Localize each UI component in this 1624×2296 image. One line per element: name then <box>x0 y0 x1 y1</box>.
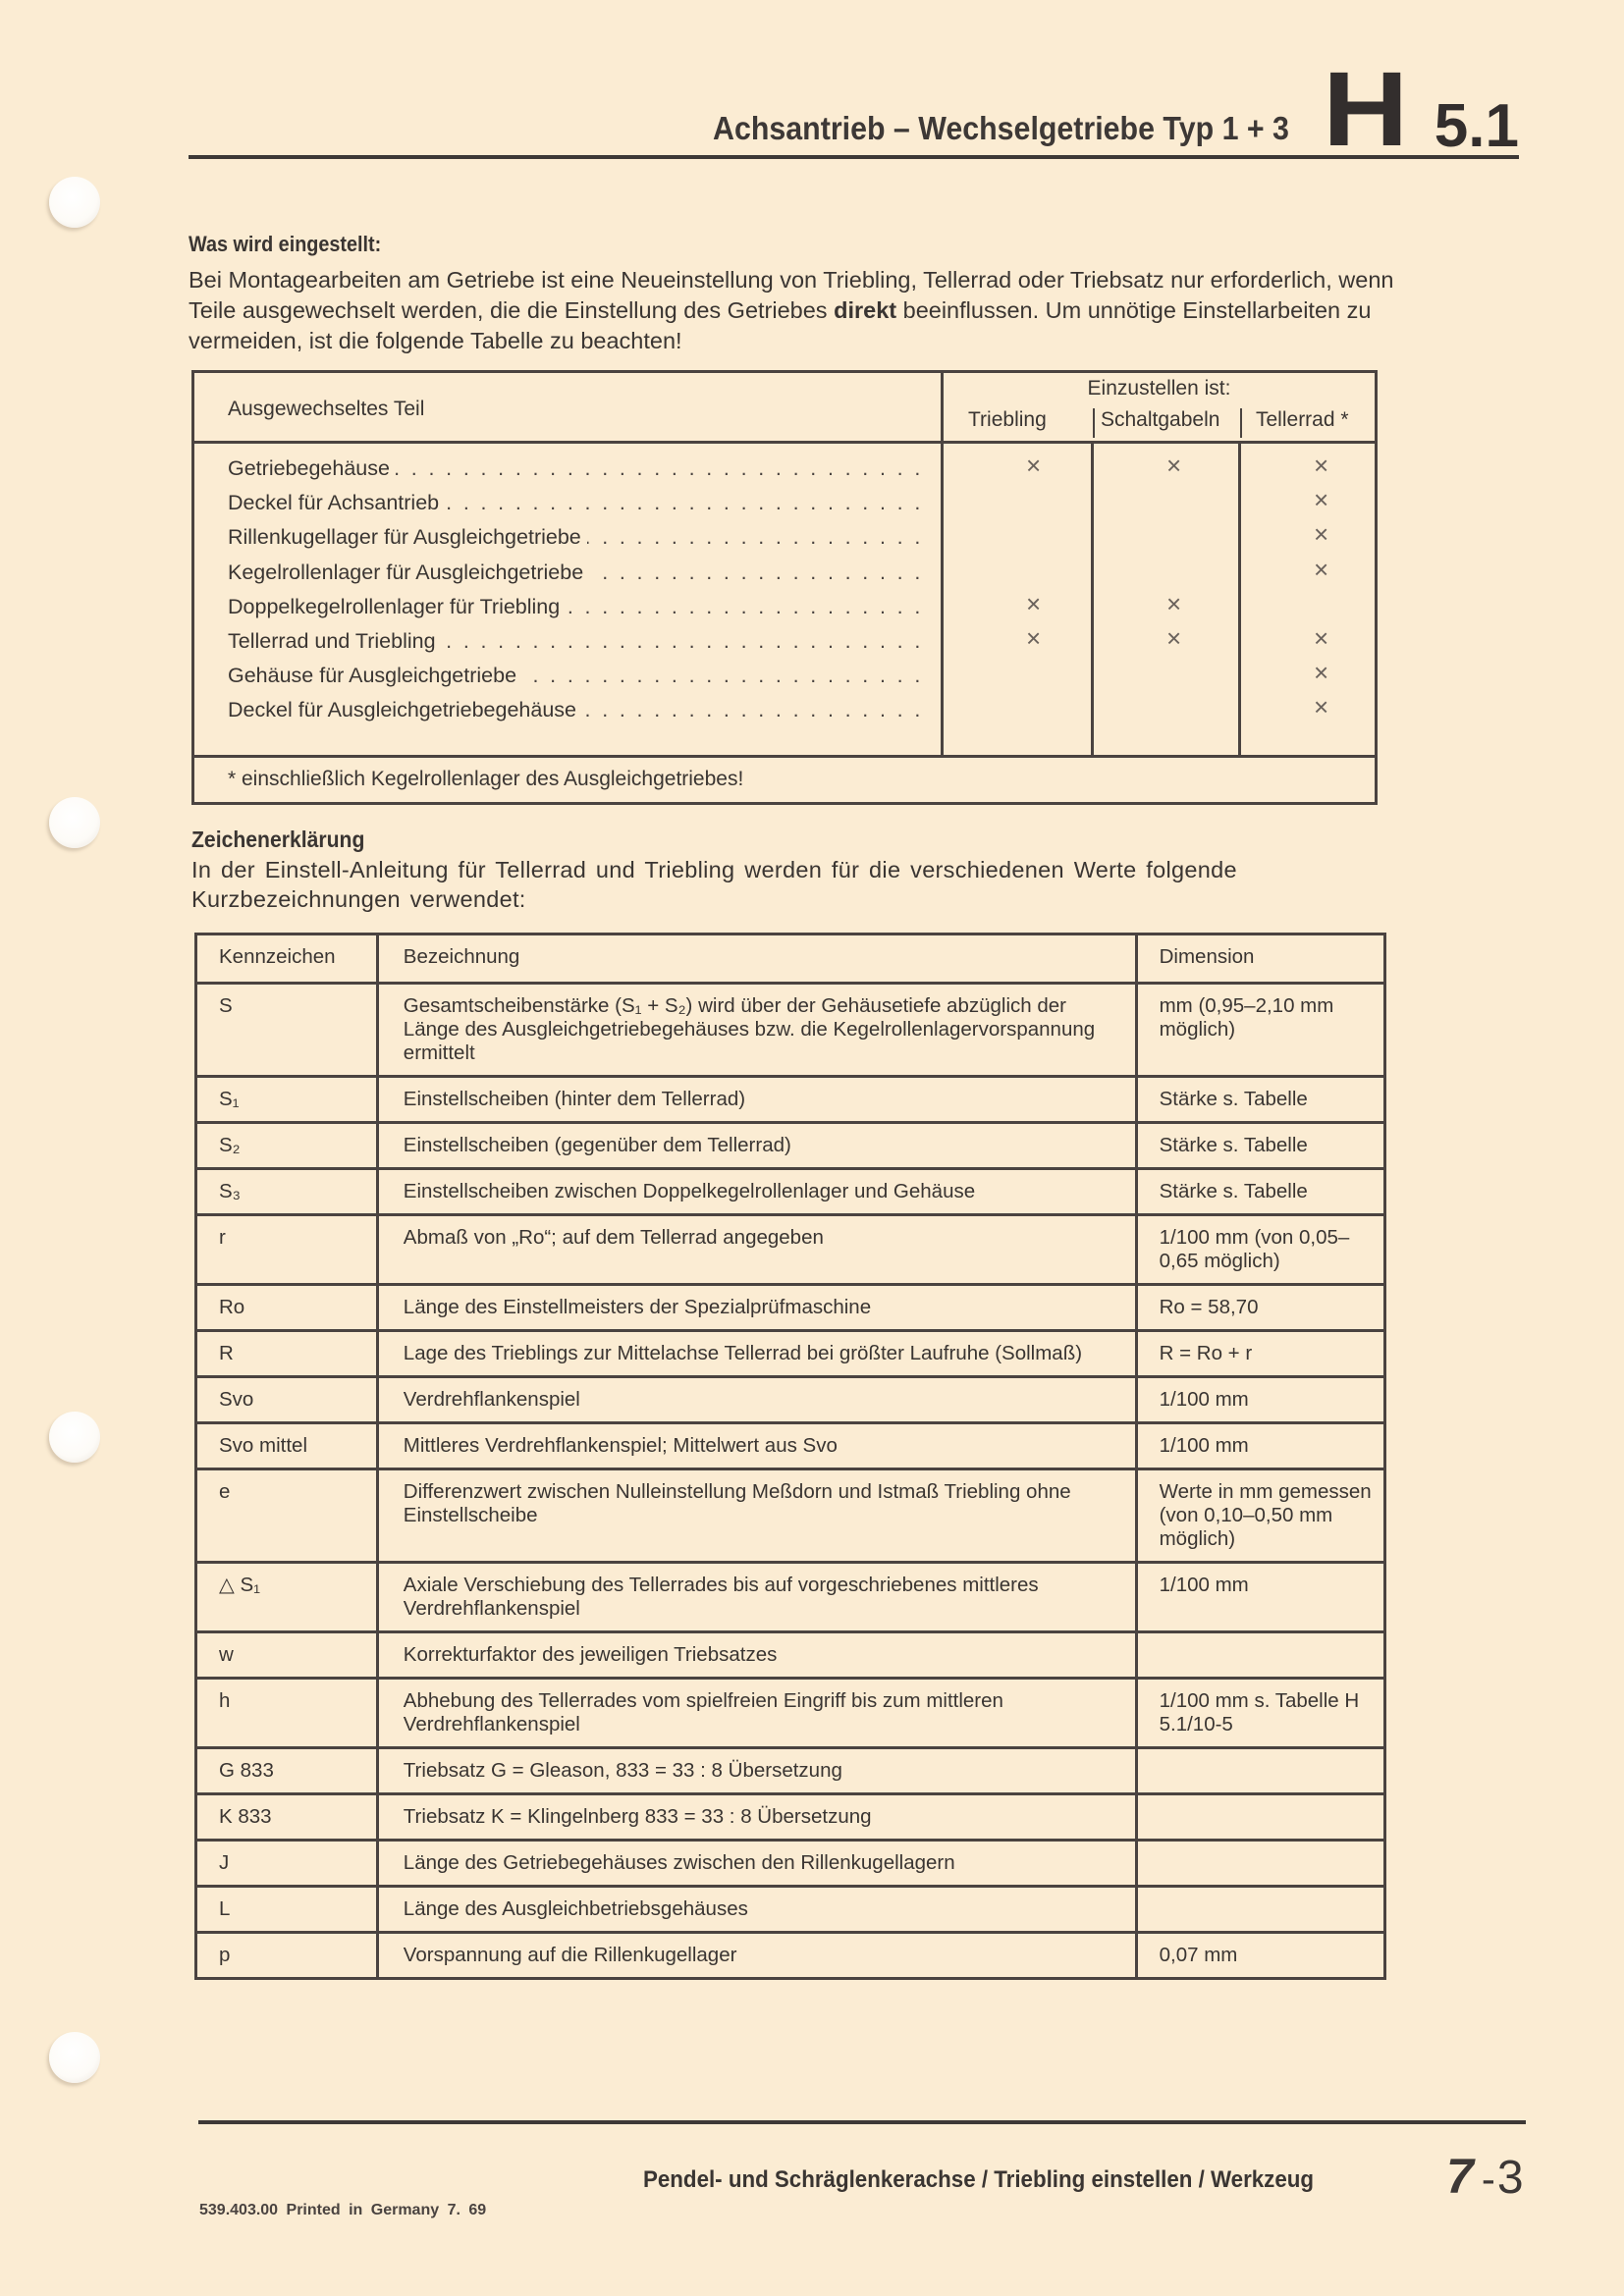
description-cell: Länge des Einstellmeisters der Spezialpr… <box>377 1285 1136 1331</box>
description-cell: Verdrehflankenspiel <box>377 1377 1136 1423</box>
description-cell: Axiale Verschiebung des Tellerrades bis … <box>377 1563 1136 1632</box>
legend-section: Zeichenerklärung In der Einstell-Anleitu… <box>191 827 1389 914</box>
symbol-cell: e <box>196 1469 378 1563</box>
dimension-cell: R = Ro + r <box>1136 1331 1384 1377</box>
description-cell: Einstellscheiben zwischen Doppelkegelrol… <box>377 1169 1136 1215</box>
header-bezeichnung: Bezeichnung <box>377 934 1136 984</box>
dimension-cell <box>1136 1887 1384 1933</box>
adjust-column-header: Einzustellen ist: Triebling Schaltgabeln… <box>944 373 1375 444</box>
table-row: ........................................… <box>228 491 1377 525</box>
part-name: Gehäuse für Ausgleichgetriebe <box>228 664 522 688</box>
dimension-cell: 1/100 mm s. Tabelle H 5.1/10-5 <box>1136 1679 1384 1748</box>
table-row: S₃Einstellscheiben zwischen Doppelkegelr… <box>196 1169 1385 1215</box>
part-name: Rillenkugellager für Ausgleichgetriebe <box>228 525 587 550</box>
description-cell: Triebsatz G = Gleason, 833 = 33 : 8 Über… <box>377 1748 1136 1794</box>
symbol-cell: S₁ <box>196 1077 378 1123</box>
check-mark-tellerrad: × <box>1314 555 1328 585</box>
symbol-cell: Svo mittel <box>196 1423 378 1469</box>
table-row: rAbmaß von „Ro“; auf dem Tellerrad angeg… <box>196 1215 1385 1285</box>
part-name: Deckel für Achsantrieb <box>228 491 445 515</box>
dimension-cell: Stärke s. Tabelle <box>1136 1123 1384 1169</box>
check-mark-tellerrad: × <box>1314 692 1328 722</box>
table-row: ........................................… <box>228 629 1377 664</box>
punch-hole <box>49 177 100 228</box>
table-row: RoLänge des Einstellmeisters der Spezial… <box>196 1285 1385 1331</box>
intro-paragraph: Bei Montagearbeiten am Getriebe ist eine… <box>189 265 1416 356</box>
section-number: 5.1 <box>1435 101 1519 153</box>
column-divider <box>1093 408 1095 438</box>
symbol-cell: S₂ <box>196 1123 378 1169</box>
symbol-cell: △ S₁ <box>196 1563 378 1632</box>
column-triebling: Triebling <box>968 408 1047 432</box>
column-divider <box>1240 408 1242 438</box>
footer-divider <box>198 2120 1526 2124</box>
page-index: 3 <box>1497 2151 1524 2205</box>
dimension-cell: Ro = 58,70 <box>1136 1285 1384 1331</box>
check-mark-tellerrad: × <box>1314 485 1328 515</box>
column-schaltgabeln: Schaltgabeln <box>1101 408 1219 432</box>
table-footnote: * einschließlich Kegelrollenlager des Au… <box>228 768 743 791</box>
description-cell: Länge des Ausgleichbetriebsgehäuses <box>377 1887 1136 1933</box>
table-row: SGesamtscheibenstärke (S₁ + S₂) wird übe… <box>196 984 1385 1077</box>
dimension-cell: 1/100 mm <box>1136 1423 1384 1469</box>
dimension-cell: Stärke s. Tabelle <box>1136 1169 1384 1215</box>
description-cell: Gesamtscheibenstärke (S₁ + S₂) wird über… <box>377 984 1136 1077</box>
table-row: S₁Einstellscheiben (hinter dem Tellerrad… <box>196 1077 1385 1123</box>
table-row: ........................................… <box>228 525 1377 560</box>
description-cell: Länge des Getriebegehäuses zwischen den … <box>377 1841 1136 1887</box>
symbol-cell: J <box>196 1841 378 1887</box>
dimension-cell <box>1136 1794 1384 1841</box>
dimension-cell: Stärke s. Tabelle <box>1136 1077 1384 1123</box>
adjustment-table: Ausgewechseltes Teil Einzustellen ist: T… <box>191 370 1378 805</box>
symbol-cell: h <box>196 1679 378 1748</box>
table-row: ........................................… <box>228 595 1377 629</box>
dimension-cell: 1/100 mm <box>1136 1377 1384 1423</box>
part-name: Doppelkegelrollenlager für Triebling <box>228 595 566 619</box>
check-mark-tellerrad: × <box>1314 623 1328 654</box>
dimension-cell <box>1136 1748 1384 1794</box>
check-mark-tellerrad: × <box>1314 519 1328 550</box>
table-row: Svo mittelMittleres Verdrehflankenspiel;… <box>196 1423 1385 1469</box>
description-cell: Differenzwert zwischen Nulleinstellung M… <box>377 1469 1136 1563</box>
table-row: wKorrekturfaktor des jeweiligen Triebsat… <box>196 1632 1385 1679</box>
check-mark-triebling: × <box>1026 589 1041 619</box>
part-name: Kegelrollenlager für Ausgleichgetriebe <box>228 561 589 585</box>
description-cell: Korrekturfaktor des jeweiligen Triebsatz… <box>377 1632 1136 1679</box>
table-row: ........................................… <box>228 561 1377 595</box>
page-number: 7 - 3 <box>1446 2148 1524 2205</box>
dimension-cell: 0,07 mm <box>1136 1933 1384 1979</box>
table-row: SvoVerdrehflankenspiel1/100 mm <box>196 1377 1385 1423</box>
page-title: Achsantrieb – Wechselgetriebe Typ 1 + 3 <box>713 110 1289 147</box>
description-cell: Abmaß von „Ro“; auf dem Tellerrad angege… <box>377 1215 1136 1285</box>
symbol-table: Kennzeichen Bezeichnung Dimension SGesam… <box>194 933 1386 1980</box>
legend-heading: Zeichenerklärung <box>191 827 1293 853</box>
description-cell: Einstellscheiben (gegenüber dem Tellerra… <box>377 1123 1136 1169</box>
part-header-label: Ausgewechseltes Teil <box>228 398 424 421</box>
table-row: hAbhebung des Tellerrades vom spielfreie… <box>196 1679 1385 1748</box>
description-cell: Einstellscheiben (hinter dem Tellerrad) <box>377 1077 1136 1123</box>
symbol-cell: G 833 <box>196 1748 378 1794</box>
dimension-cell: Werte in mm gemessen (von 0,10–0,50 mm m… <box>1136 1469 1384 1563</box>
symbol-cell: r <box>196 1215 378 1285</box>
table-row: JLänge des Getriebegehäuses zwischen den… <box>196 1841 1385 1887</box>
symbol-cell: L <box>196 1887 378 1933</box>
symbol-cell: R <box>196 1331 378 1377</box>
dimension-cell <box>1136 1632 1384 1679</box>
adjust-header-label: Einzustellen ist: <box>944 377 1375 400</box>
print-imprint: 539.403.00 Printed in Germany 7. 69 <box>199 2202 486 2219</box>
symbol-table-header: Kennzeichen Bezeichnung Dimension <box>196 934 1385 984</box>
intro-section: Was wird eingestellt: Bei Montagearbeite… <box>189 232 1416 356</box>
intro-heading: Was wird eingestellt: <box>189 232 1293 257</box>
table-row: LLänge des Ausgleichbetriebsgehäuses <box>196 1887 1385 1933</box>
description-cell: Triebsatz K = Klingelnberg 833 = 33 : 8 … <box>377 1794 1136 1841</box>
footnote-divider <box>194 755 1375 758</box>
part-column-header: Ausgewechseltes Teil <box>194 373 944 444</box>
punch-hole <box>49 797 100 848</box>
table-row: ........................................… <box>228 698 1377 732</box>
table-row: K 833Triebsatz K = Klingelnberg 833 = 33… <box>196 1794 1385 1841</box>
header-dimension: Dimension <box>1136 934 1384 984</box>
page-header: Achsantrieb – Wechselgetriebe Typ 1 + 3 … <box>189 59 1519 159</box>
legend-intro: In der Einstell-Anleitung für Tellerrad … <box>191 855 1389 914</box>
part-name: Tellerrad und Triebling <box>228 629 442 654</box>
description-cell: Vorspannung auf die Rillenkugellager <box>377 1933 1136 1979</box>
table-row: G 833Triebsatz G = Gleason, 833 = 33 : 8… <box>196 1748 1385 1794</box>
check-mark-tellerrad: × <box>1314 658 1328 688</box>
description-cell: Abhebung des Tellerrades vom spielfreien… <box>377 1679 1136 1748</box>
symbol-cell: S <box>196 984 378 1077</box>
part-name: Getriebegehäuse <box>228 456 396 481</box>
check-mark-schaltgabeln: × <box>1166 589 1181 619</box>
check-mark-triebling: × <box>1026 623 1041 654</box>
symbol-cell: S₃ <box>196 1169 378 1215</box>
description-cell: Lage des Trieblings zur Mittelachse Tell… <box>377 1331 1136 1377</box>
table-row: eDifferenzwert zwischen Nulleinstellung … <box>196 1469 1385 1563</box>
part-name: Deckel für Ausgleichgetriebegehäuse <box>228 698 582 722</box>
dimension-cell: 1/100 mm (von 0,05–0,65 möglich) <box>1136 1215 1384 1285</box>
check-mark-schaltgabeln: × <box>1166 451 1181 481</box>
table-row: ........................................… <box>228 456 1377 491</box>
symbol-cell: p <box>196 1933 378 1979</box>
check-mark-tellerrad: × <box>1314 451 1328 481</box>
header-kennzeichen: Kennzeichen <box>196 934 378 984</box>
description-cell: Mittleres Verdrehflankenspiel; Mittelwer… <box>377 1423 1136 1469</box>
punch-hole <box>49 1412 100 1463</box>
table-row: △ S₁Axiale Verschiebung des Tellerrades … <box>196 1563 1385 1632</box>
check-mark-schaltgabeln: × <box>1166 623 1181 654</box>
table-row: pVorspannung auf die Rillenkugellager0,0… <box>196 1933 1385 1979</box>
column-tellerrad: Tellerrad * <box>1256 408 1349 432</box>
section-letter: H <box>1323 66 1408 153</box>
intro-bold-word: direkt <box>834 297 896 323</box>
header-divider <box>189 155 1519 159</box>
symbol-cell: Svo <box>196 1377 378 1423</box>
symbol-cell: K 833 <box>196 1794 378 1841</box>
footer-title: Pendel- und Schräglenkerachse / Trieblin… <box>643 2166 1314 2194</box>
dimension-cell: mm (0,95–2,10 mm möglich) <box>1136 984 1384 1077</box>
section-badge: H 5.1 <box>1323 66 1519 153</box>
dimension-cell <box>1136 1841 1384 1887</box>
punch-hole <box>49 2032 100 2083</box>
check-mark-triebling: × <box>1026 451 1041 481</box>
table-row: ........................................… <box>228 664 1377 698</box>
symbol-cell: w <box>196 1632 378 1679</box>
dimension-cell: 1/100 mm <box>1136 1563 1384 1632</box>
page-chapter: 7 <box>1446 2148 1474 2205</box>
page-separator: - <box>1482 2156 1495 2203</box>
table-row: RLage des Trieblings zur Mittelachse Tel… <box>196 1331 1385 1377</box>
symbol-cell: Ro <box>196 1285 378 1331</box>
table-row: S₂Einstellscheiben (gegenüber dem Teller… <box>196 1123 1385 1169</box>
